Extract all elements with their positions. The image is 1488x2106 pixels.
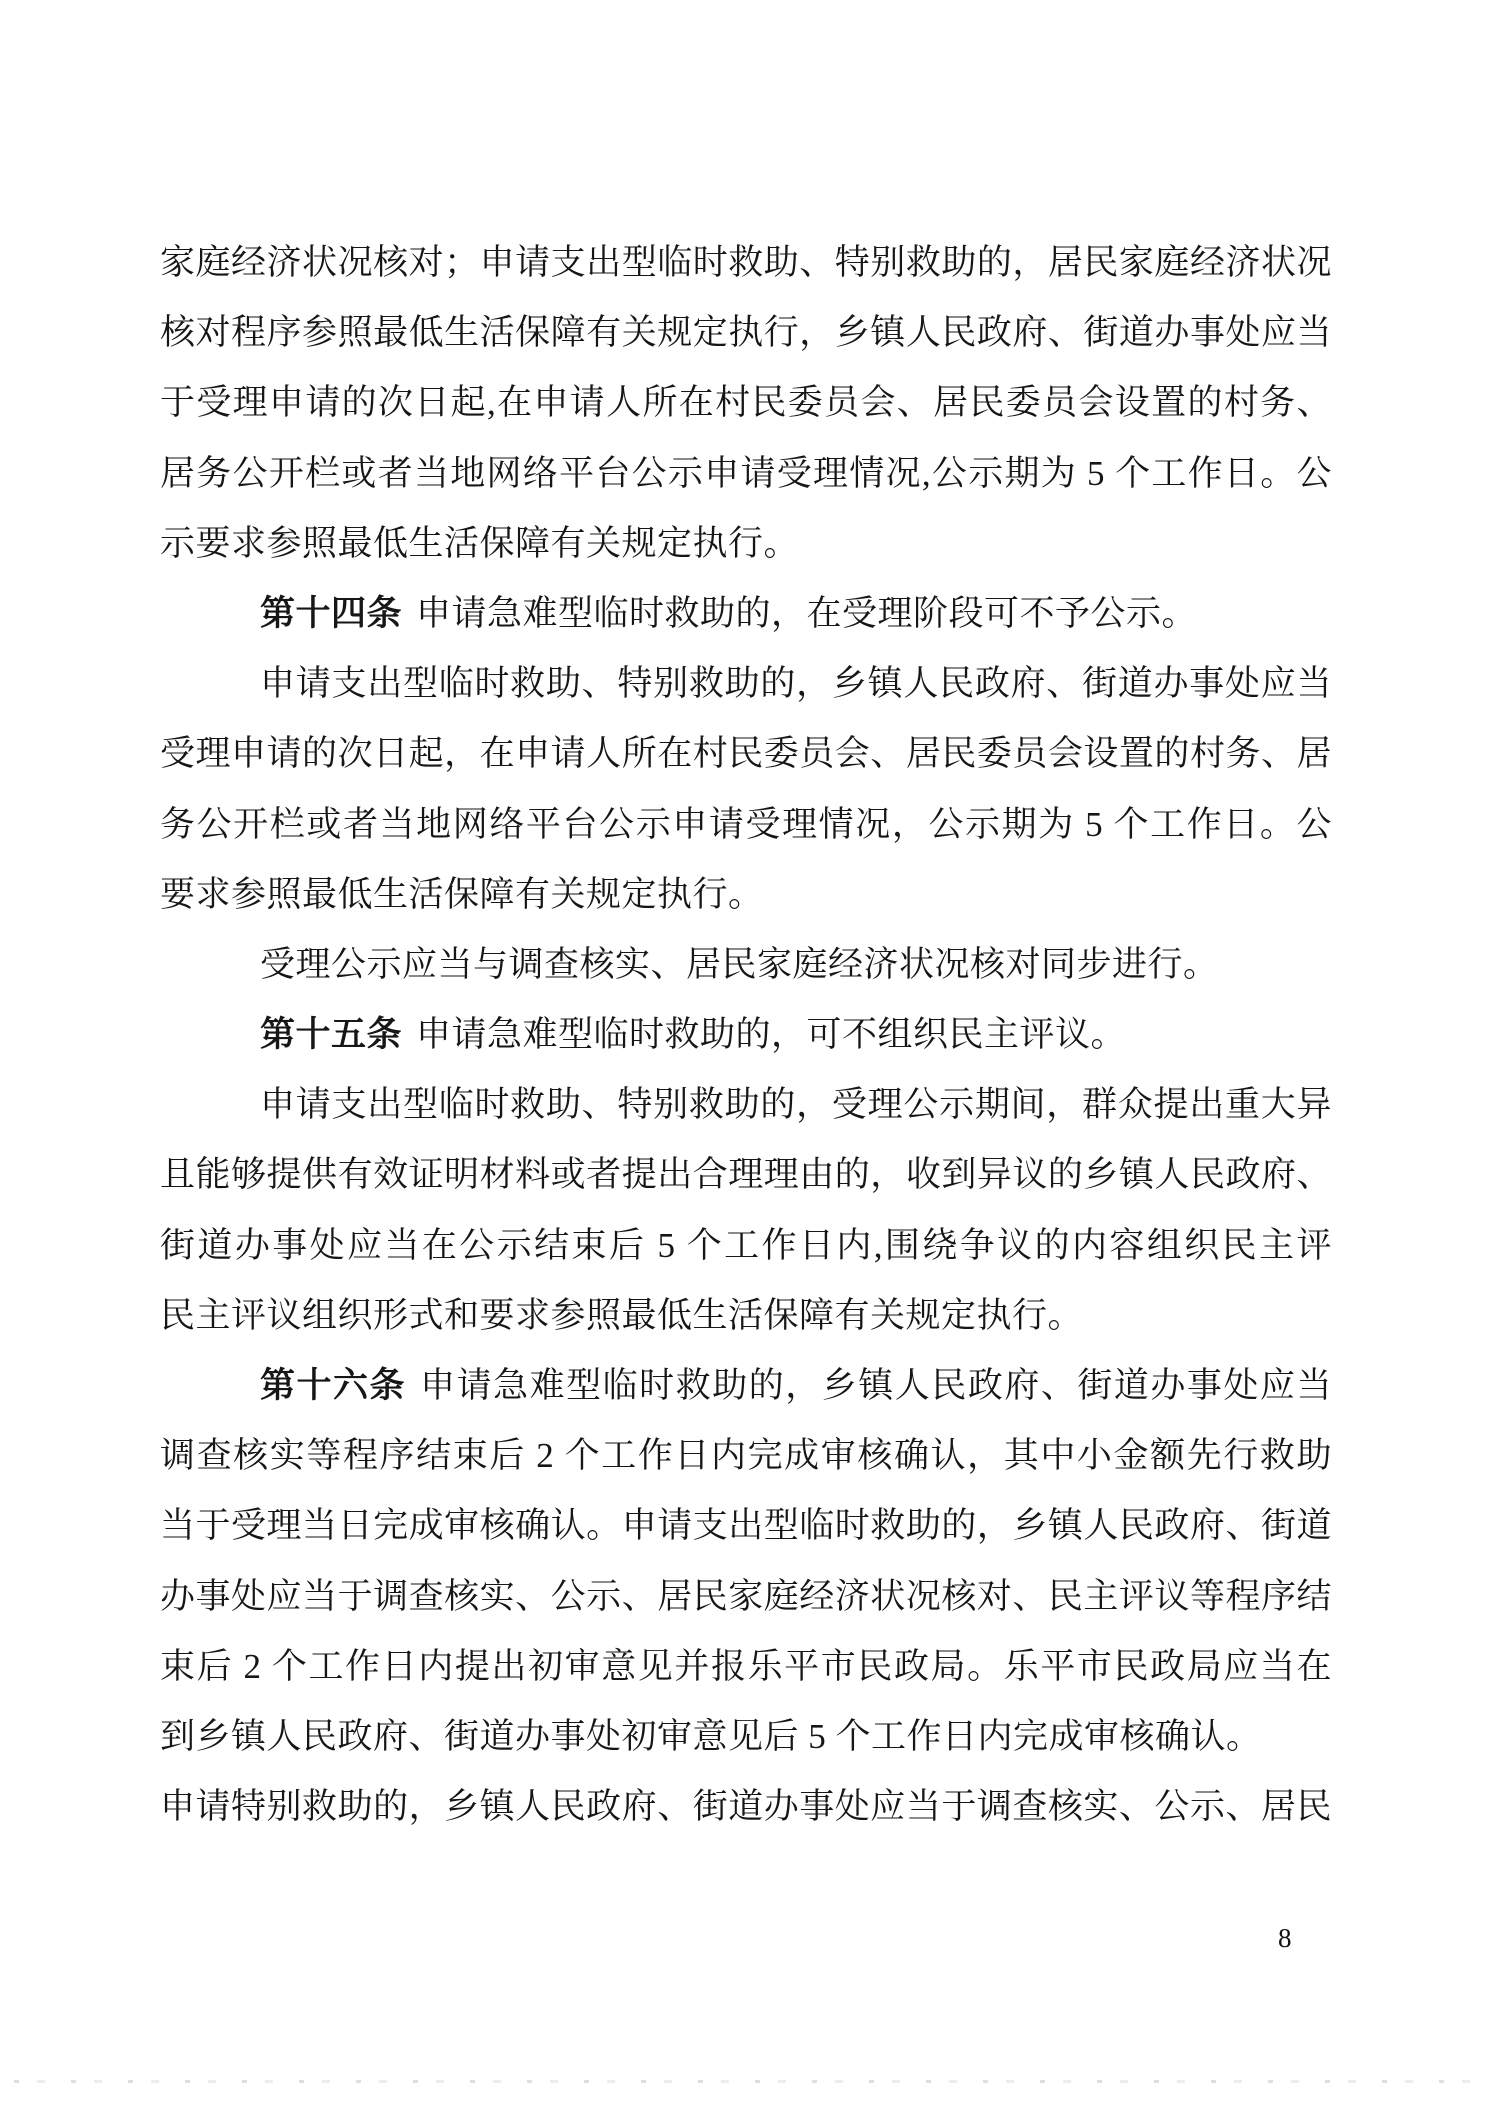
line-text: 受理公示应当与调查核实、居民家庭经济状况核对同步进行。 (260, 945, 1219, 984)
text-line-7: 申请支出型临时救助、特别救助的，乡镇人民政府、街道办事处应当于 (160, 649, 1332, 719)
line-text: 示要求参照最低生活保障有关规定执行。 (160, 524, 799, 563)
text-line-20: 办事处应当于调查核实、公示、居民家庭经济状况核对、民主评议等程序结 (160, 1562, 1332, 1632)
line-text: 街道办事处应当在公示结束后 5 个工作日内,围绕争议的内容组织民主评议。 (160, 1226, 1332, 1281)
line-text: 民主评议组织形式和要求参照最低生活保障有关规定执行。 (160, 1296, 1083, 1335)
article-number: 第十六条 (260, 1366, 406, 1405)
text-line-21: 束后 2 个工作日内提出初审意见并报乐平市民政局。乐平市民政局应当在收 (160, 1632, 1332, 1702)
text-line-23: 申请特别救助的，乡镇人民政府、街道办事处应当于调查核实、公示、居民 (160, 1772, 1332, 1842)
article-number: 第十四条 (260, 594, 402, 633)
line-text: 申请急难型临时救助的，乡镇人民政府、街道办事处应当于 (260, 1366, 1332, 1421)
text-line-13: 申请支出型临时救助、特别救助的，受理公示期间，群众提出重大异议 (160, 1070, 1332, 1140)
text-line-8: 受理申请的次日起，在申请人所在村民委员会、居民委员会设置的村务、居 (160, 719, 1332, 789)
text-line-22: 到乡镇人民政府、街道办事处初审意见后 5 个工作日内完成审核确认。 (160, 1702, 1332, 1772)
line-text: 务公开栏或者当地网络平台公示申请受理情况，公示期为 5 个工作日。公示 (160, 805, 1332, 860)
line-text: 且能够提供有效证明材料或者提出合理理由的，收到异议的乡镇人民政府、 (160, 1155, 1332, 1194)
line-text: 束后 2 个工作日内提出初审意见并报乐平市民政局。乐平市民政局应当在收 (160, 1647, 1332, 1702)
text-line-12: 第十五条申请急难型临时救助的，可不组织民主评议。 (160, 1000, 1332, 1070)
line-text: 于受理申请的次日起,在申请人所在村民委员会、居民委员会设置的村务、 (160, 383, 1332, 422)
text-line-9: 务公开栏或者当地网络平台公示申请受理情况，公示期为 5 个工作日。公示 (160, 790, 1332, 860)
text-line-19: 当于受理当日完成审核确认。申请支出型临时救助的，乡镇人民政府、街道 (160, 1491, 1332, 1561)
line-text: 要求参照最低生活保障有关规定执行。 (160, 875, 764, 914)
line-text: 居务公开栏或者当地网络平台公示申请受理情况,公示期为 5 个工作日。公 (160, 454, 1332, 493)
text-line-16: 民主评议组织形式和要求参照最低生活保障有关规定执行。 (160, 1281, 1332, 1351)
text-line-18: 调查核实等程序结束后 2 个工作日内完成审核确认，其中小金额先行救助应 (160, 1421, 1332, 1491)
text-line-3: 于受理申请的次日起,在申请人所在村民委员会、居民委员会设置的村务、 (160, 368, 1332, 438)
page-number: 8 (1278, 1918, 1292, 1958)
text-line-2: 核对程序参照最低生活保障有关规定执行，乡镇人民政府、街道办事处应当 (160, 298, 1332, 368)
article-number: 第十五条 (260, 1015, 402, 1054)
text-line-15: 街道办事处应当在公示结束后 5 个工作日内,围绕争议的内容组织民主评议。 (160, 1211, 1332, 1281)
text-line-5: 示要求参照最低生活保障有关规定执行。 (160, 509, 1332, 579)
line-text: 家庭经济状况核对；申请支出型临时救助、特别救助的，居民家庭经济状况 (160, 243, 1332, 282)
line-text: 调查核实等程序结束后 2 个工作日内完成审核确认，其中小金额先行救助应 (160, 1436, 1332, 1491)
text-line-14: 且能够提供有效证明材料或者提出合理理由的，收到异议的乡镇人民政府、 (160, 1140, 1332, 1210)
line-text: 申请支出型临时救助、特别救助的，受理公示期间，群众提出重大异议 (260, 1085, 1332, 1140)
document-body: 家庭经济状况核对；申请支出型临时救助、特别救助的，居民家庭经济状况核对程序参照最… (160, 228, 1332, 1842)
line-text: 办事处应当于调查核实、公示、居民家庭经济状况核对、民主评议等程序结 (160, 1577, 1332, 1616)
line-text: 到乡镇人民政府、街道办事处初审意见后 5 个工作日内完成审核确认。 (160, 1717, 1262, 1756)
line-text: 申请急难型临时救助的，可不组织民主评议。 (416, 1015, 1126, 1054)
line-text: 当于受理当日完成审核确认。申请支出型临时救助的，乡镇人民政府、街道 (160, 1506, 1332, 1545)
scan-noise-artifact (14, 2080, 1474, 2083)
line-text: 申请支出型临时救助、特别救助的，乡镇人民政府、街道办事处应当于 (260, 664, 1332, 719)
text-line-4: 居务公开栏或者当地网络平台公示申请受理情况,公示期为 5 个工作日。公 (160, 439, 1332, 509)
document-page: 家庭经济状况核对；申请支出型临时救助、特别救助的，居民家庭经济状况核对程序参照最… (0, 0, 1488, 2106)
text-line-6: 第十四条申请急难型临时救助的，在受理阶段可不予公示。 (160, 579, 1332, 649)
text-line-11: 受理公示应当与调查核实、居民家庭经济状况核对同步进行。 (160, 930, 1332, 1000)
text-line-1: 家庭经济状况核对；申请支出型临时救助、特别救助的，居民家庭经济状况 (160, 228, 1332, 298)
line-text: 申请特别救助的，乡镇人民政府、街道办事处应当于调查核实、公示、居民 (160, 1787, 1332, 1826)
text-line-10: 要求参照最低生活保障有关规定执行。 (160, 860, 1332, 930)
text-line-17: 第十六条申请急难型临时救助的，乡镇人民政府、街道办事处应当于 (160, 1351, 1332, 1421)
line-text: 申请急难型临时救助的，在受理阶段可不予公示。 (416, 594, 1197, 633)
line-text: 受理申请的次日起，在申请人所在村民委员会、居民委员会设置的村务、居 (160, 734, 1332, 773)
line-text: 核对程序参照最低生活保障有关规定执行，乡镇人民政府、街道办事处应当 (160, 313, 1332, 352)
